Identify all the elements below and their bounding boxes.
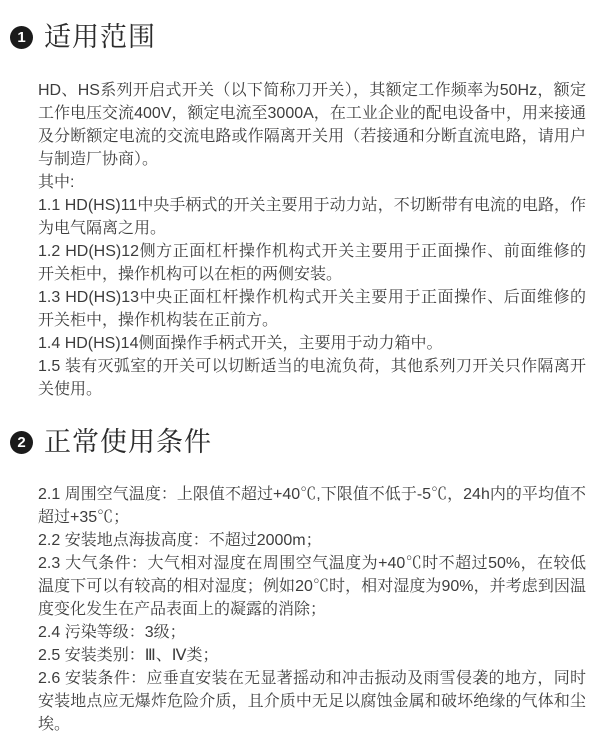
- section-title: 正常使用条件: [44, 428, 212, 458]
- paragraph: HD、HS系列开启式开关（以下简称刀开关），其额定工作频率为50Hz，额定工作电…: [38, 79, 586, 171]
- paragraph: 2.5 安装类别：Ⅲ、Ⅳ类；: [38, 644, 586, 667]
- section-number-badge-icon: 2: [10, 431, 33, 454]
- section-number-badge-icon: 1: [10, 26, 33, 49]
- section-body: 2.1 周围空气温度：上限值不超过+40℃,下限值不低于-5℃，24h内的平均值…: [38, 483, 586, 736]
- paragraph: 2.6 安装条件：应垂直安装在无显著摇动和冲击振动及雨雪侵袭的地方，同时安装地点…: [38, 667, 586, 736]
- paragraph: 2.4 污染等级：3级；: [38, 621, 586, 644]
- section-title: 适用范围: [44, 23, 156, 53]
- document-page: 1 适用范围 HD、HS系列开启式开关（以下简称刀开关），其额定工作频率为50H…: [0, 0, 600, 736]
- section-heading: 2 正常使用条件: [10, 428, 586, 458]
- paragraph: 2.2 安装地点海拔高度：不超过2000m；: [38, 529, 586, 552]
- paragraph: 1.5 装有灭弧室的开关可以切断适当的电流负荷，其他系列刀开关只作隔离开关使用。: [38, 355, 586, 401]
- section-body: HD、HS系列开启式开关（以下简称刀开关），其额定工作频率为50Hz，额定工作电…: [38, 79, 586, 401]
- section-scope: 1 适用范围 HD、HS系列开启式开关（以下简称刀开关），其额定工作频率为50H…: [10, 23, 586, 401]
- paragraph: 1.4 HD(HS)14侧面操作手柄式开关，主要用于动力箱中。: [38, 332, 586, 355]
- paragraph: 1.3 HD(HS)13中央正面杠杆操作机构式开关主要用于正面操作、后面维修的开…: [38, 286, 586, 332]
- section-heading: 1 适用范围: [10, 23, 586, 53]
- paragraph: 2.1 周围空气温度：上限值不超过+40℃,下限值不低于-5℃，24h内的平均值…: [38, 483, 586, 529]
- paragraph: 1.2 HD(HS)12侧方正面杠杆操作机构式开关主要用于正面操作、前面维修的开…: [38, 240, 586, 286]
- paragraph: 1.1 HD(HS)11中央手柄式的开关主要用于动力站，不切断带有电流的电路，作…: [38, 194, 586, 240]
- paragraph: 2.3 大气条件：大气相对湿度在周围空气温度为+40℃时不超过50%，在较低温度…: [38, 552, 586, 621]
- section-normal-conditions: 2 正常使用条件 2.1 周围空气温度：上限值不超过+40℃,下限值不低于-5℃…: [10, 428, 586, 737]
- paragraph: 其中:: [38, 171, 586, 194]
